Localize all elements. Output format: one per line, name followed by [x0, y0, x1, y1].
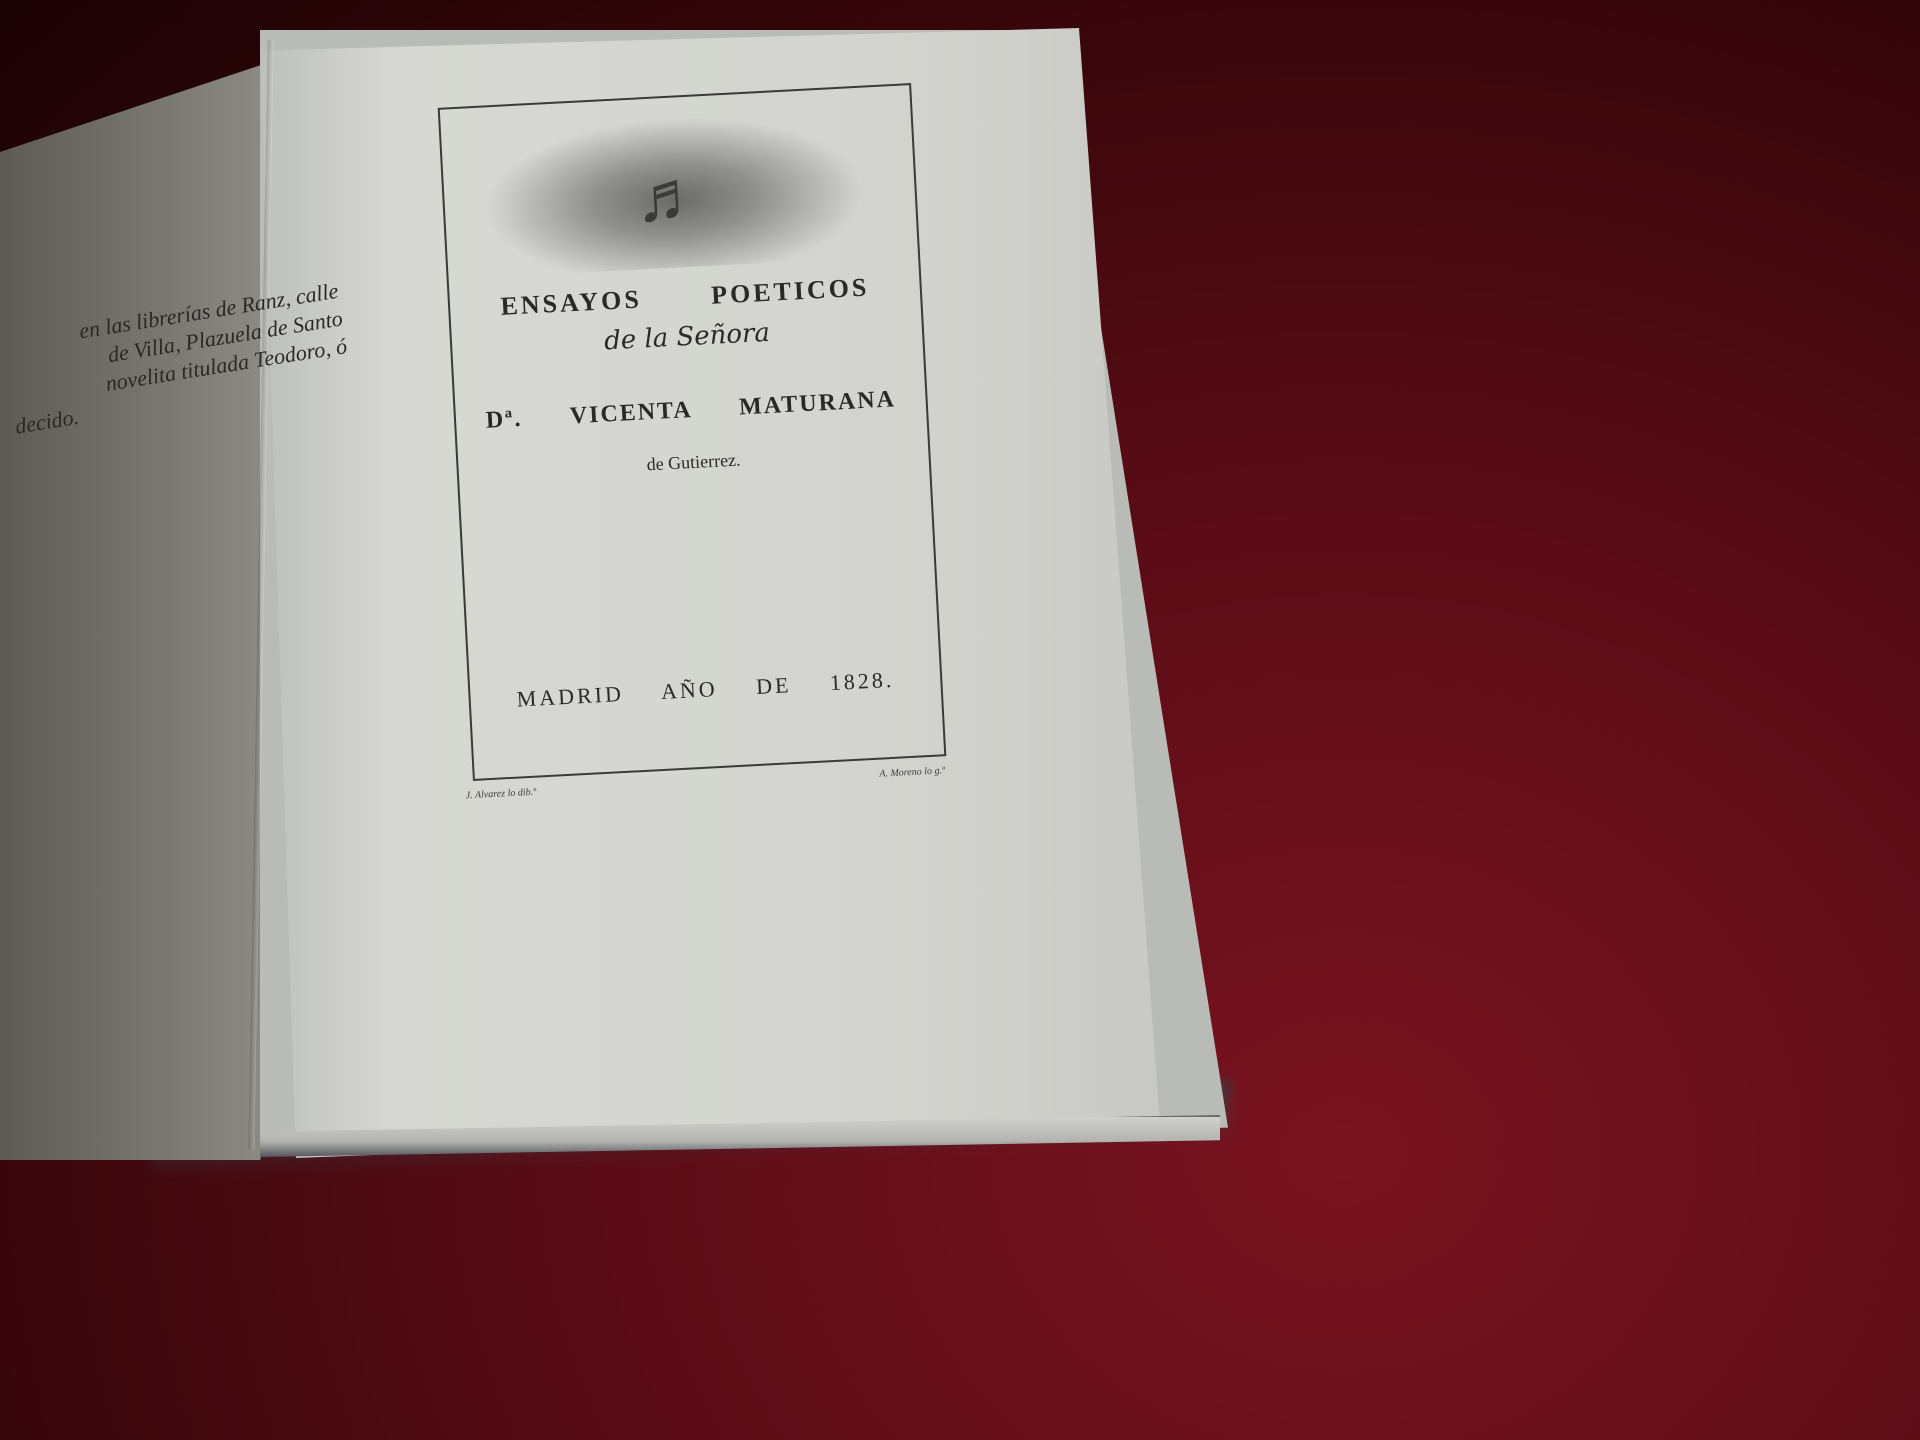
- engraved-title-plate: ♬ ENSAYOS POETICOS de la Señora Dª. VICE…: [438, 83, 947, 781]
- lyre-emblem-icon: ♬: [481, 108, 868, 278]
- book-photo-scene: en las librerías de Ranz, calle de Villa…: [0, 0, 1920, 1440]
- imprint: MADRID AÑO DE 1828.: [470, 664, 941, 715]
- lyre-icon: ♬: [633, 156, 707, 240]
- author-name: Dª. VICENTA MATURANA: [455, 385, 926, 437]
- author-suffix: de Gutierrez.: [458, 440, 928, 486]
